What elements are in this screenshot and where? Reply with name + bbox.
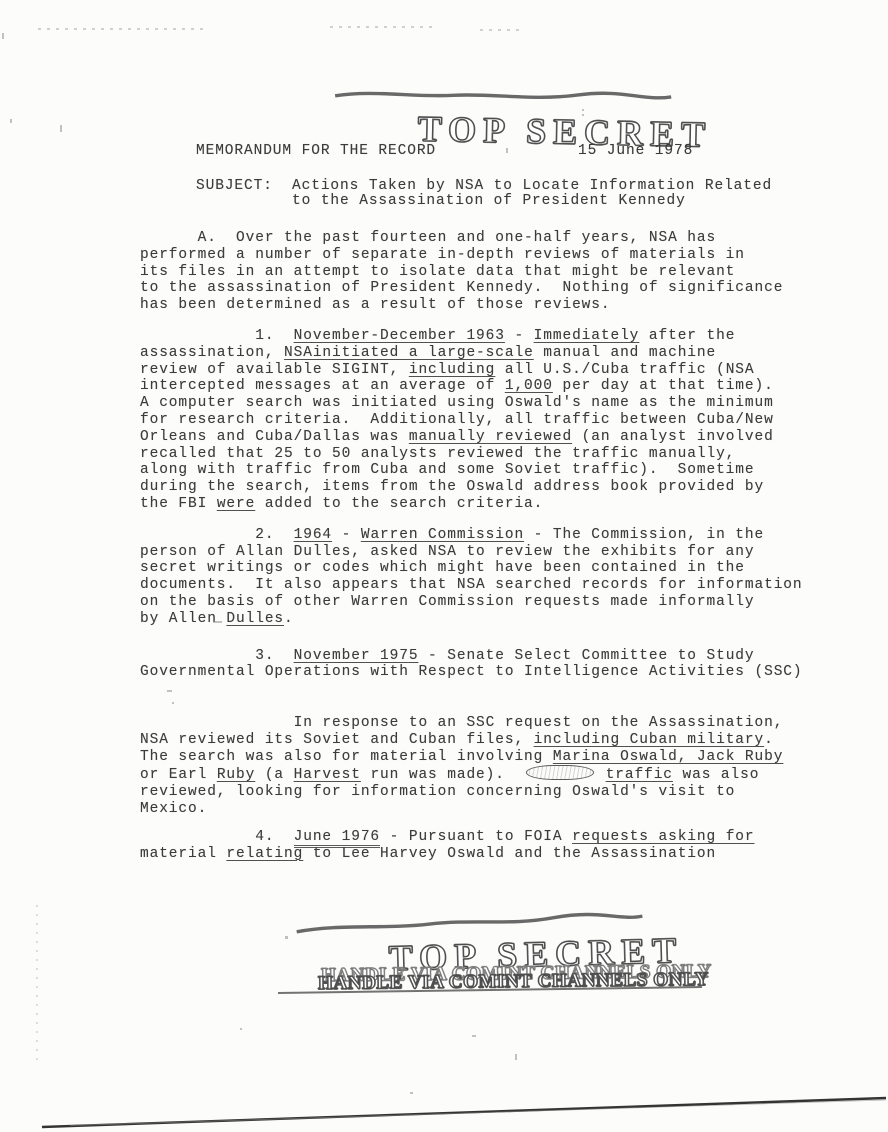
scan-speckle-row — [330, 26, 435, 28]
text-segment: was also — [673, 767, 759, 783]
underlined-text: Warren Commission — [361, 527, 524, 543]
text-segment: - Senate Select Committee to Study — [418, 648, 754, 664]
scan-speckle — [515, 1054, 517, 1060]
paragraph: 2. 1964 - Warren Commission - The Commis… — [140, 527, 860, 628]
underlined-text: relating — [226, 846, 303, 862]
text-segment: (a — [255, 767, 293, 783]
underlined-text: including — [409, 362, 495, 378]
text-segment: after the — [639, 328, 735, 344]
underlined-text: 1,000 — [505, 378, 553, 394]
text-line: assassination, NSAinitiated a large-scal… — [140, 345, 860, 362]
text-segment: . — [764, 732, 774, 748]
text-line: secret writings or codes which might hav… — [140, 560, 860, 577]
text-segment: In response to an SSC request on the Ass… — [140, 715, 783, 731]
scan-speckle — [2, 33, 4, 39]
text-line — [140, 681, 860, 698]
text-line: to the assassination of President Kenned… — [140, 280, 860, 297]
text-line: 1. November-December 1963 - Immediately … — [140, 328, 860, 345]
underlined-text: requests asking for — [572, 829, 754, 845]
text-segment: NSA reviewed its Soviet and Cuban files, — [140, 732, 534, 748]
text-line: Governmental Operations with Respect to … — [140, 664, 860, 681]
text-segment: Governmental Operations with Respect to … — [140, 664, 803, 680]
text-segment: assassination, — [140, 345, 284, 361]
redaction-oval — [526, 765, 594, 780]
text-segment: its files in an attempt to isolate data … — [140, 264, 735, 280]
paragraph: 1. November-December 1963 - Immediately … — [140, 328, 860, 513]
memo-date: 15 June 1978 — [578, 143, 693, 160]
text-segment: reviewed, looking for information concer… — [140, 784, 735, 800]
text-segment: manual and machine — [534, 345, 716, 361]
text-segment: . — [284, 611, 294, 627]
underlined-text: manually reviewed — [409, 429, 572, 445]
text-line: In response to an SSC request on the Ass… — [140, 715, 860, 732]
text-line: documents. It also appears that NSA sear… — [140, 577, 860, 594]
text-segment: to the assassination of President Kenned… — [140, 280, 783, 296]
text-segment: 4. — [140, 829, 294, 845]
scan-speckle — [472, 1035, 476, 1037]
text-segment: or Earl — [140, 767, 217, 783]
underlined-text: Immediately — [534, 328, 640, 344]
text-segment: for research criteria. Additionally, all… — [140, 412, 774, 428]
underlined-text: Ruby — [217, 767, 255, 783]
text-line: The search was also for material involvi… — [140, 749, 860, 766]
text-segment: recalled that 25 to 50 analysts reviewed… — [140, 446, 735, 462]
text-line: recalled that 25 to 50 analysts reviewed… — [140, 446, 860, 463]
text-segment: on the basis of other Warren Commission … — [140, 594, 755, 610]
memo-title: MEMORANDUM FOR THE RECORD — [196, 143, 436, 160]
scan-speckle — [60, 125, 62, 132]
underlined-text: were — [217, 496, 255, 512]
text-line: during the search, items from the Oswald… — [140, 479, 860, 496]
text-line: the FBI were added to the search criteri… — [140, 496, 860, 513]
text-line: performed a number of separate in-depth … — [140, 247, 860, 264]
paragraph: 4. June 1976 - Pursuant to FOIA requests… — [140, 829, 860, 863]
text-segment: along with traffic from Cuba and some So… — [140, 462, 755, 478]
paragraph: 3. November 1975 - Senate Select Committ… — [140, 648, 860, 698]
text-line: Orleans and Cuba/Dallas was manually rev… — [140, 429, 860, 446]
text-segment: secret writings or codes which might hav… — [140, 560, 745, 576]
text-segment: run was made). — [361, 767, 524, 783]
text-line: material relating to Lee Harvey Oswald a… — [140, 846, 860, 863]
scan-speckle — [213, 621, 222, 623]
text-segment: added to the search criteria. — [255, 496, 543, 512]
text-segment: Orleans and Cuba/Dallas was — [140, 429, 409, 445]
text-line: by Allen Dulles. — [140, 611, 860, 628]
scan-speckle — [506, 148, 508, 153]
text-segment: to Lee Harvey Oswald and the Assassinati… — [303, 846, 716, 862]
scan-speckle — [172, 702, 174, 704]
scan-speckle — [167, 690, 172, 692]
text-segment: A computer search was initiated using Os… — [140, 395, 774, 411]
text-line: intercepted messages at an average of 1,… — [140, 378, 860, 395]
text-line: or Earl Ruby (a Harvest run was made). t… — [140, 765, 860, 784]
text-line: reviewed, looking for information concer… — [140, 784, 860, 801]
underlined-text: including Cuban military — [534, 732, 764, 748]
underlined-text: Marina Oswald, Jack Ruby — [553, 749, 783, 765]
text-line: 2. 1964 - Warren Commission - The Commis… — [140, 527, 860, 544]
scan-speckle-trail — [36, 905, 38, 1060]
text-segment: during the search, items from the Oswald… — [140, 479, 764, 495]
scan-speckle — [582, 109, 584, 111]
underlined-text: traffic — [606, 767, 673, 783]
text-segment: (an analyst involved — [572, 429, 774, 445]
underlined-text: Harvest — [294, 767, 361, 783]
text-segment: per day at that time). — [553, 378, 774, 394]
text-line: 4. June 1976 - Pursuant to FOIA requests… — [140, 829, 860, 846]
underlined-text: November 1975 — [294, 648, 419, 664]
text-line: on the basis of other Warren Commission … — [140, 594, 860, 611]
text-segment: all U.S./Cuba traffic (NSA — [495, 362, 754, 378]
scan-speckle-row — [480, 29, 525, 31]
text-segment: has been determined as a result of those… — [140, 297, 610, 313]
text-segment: person of Allan Dulles, asked NSA to rev… — [140, 544, 755, 560]
text-line: person of Allan Dulles, asked NSA to rev… — [140, 544, 860, 561]
text-line: A. Over the past fourteen and one-half y… — [140, 230, 860, 247]
text-segment: the FBI — [140, 496, 217, 512]
text-segment: Mexico. — [140, 801, 207, 817]
scan-speckle — [410, 1092, 413, 1094]
scan-speckle — [285, 936, 288, 939]
text-line: has been determined as a result of those… — [140, 297, 860, 314]
underlined-text: Dulles — [226, 611, 284, 627]
text-segment — [596, 767, 606, 783]
paragraph: A. Over the past fourteen and one-half y… — [140, 230, 860, 314]
text-segment: - Pursuant to FOIA — [380, 829, 572, 845]
text-segment: A. Over the past fourteen and one-half y… — [140, 230, 716, 246]
text-segment: performed a number of separate in-depth … — [140, 247, 745, 263]
paragraph: In response to an SSC request on the Ass… — [140, 715, 860, 818]
text-segment: The search was also for material involvi… — [140, 749, 553, 765]
text-line: for research criteria. Additionally, all… — [140, 412, 860, 429]
text-segment: material — [140, 846, 226, 862]
text-line: NSA reviewed its Soviet and Cuban files,… — [140, 732, 860, 749]
text-segment: by Allen — [140, 611, 226, 627]
text-segment: 1. — [140, 328, 294, 344]
scanned-memo-page: TOP SECRET MEMORANDUM FOR THE RECORD 15 … — [0, 0, 888, 1132]
text-line: along with traffic from Cuba and some So… — [140, 462, 860, 479]
scan-speckle-row — [38, 28, 203, 30]
text-segment: review of available SIGINT, — [140, 362, 409, 378]
text-segment: 3. — [140, 648, 294, 664]
text-segment: documents. It also appears that NSA sear… — [140, 577, 803, 593]
text-segment: intercepted messages at an average of — [140, 378, 505, 394]
underlined-text: NSAinitiated a large-scale — [284, 345, 534, 361]
text-segment: - — [505, 328, 534, 344]
text-line: Mexico. — [140, 801, 860, 818]
text-line: 3. November 1975 - Senate Select Committ… — [140, 648, 860, 665]
text-line: review of available SIGINT, including al… — [140, 362, 860, 379]
scan-speckle — [582, 114, 584, 116]
text-segment: 2. — [140, 527, 294, 543]
memo-body: A. Over the past fourteen and one-half y… — [140, 230, 860, 862]
scan-speckle — [240, 1028, 242, 1030]
underlined-text: November-December 1963 — [294, 328, 505, 344]
scan-speckle — [10, 119, 12, 123]
text-line: its files in an attempt to isolate data … — [140, 264, 860, 281]
text-segment: - The Commission, in the — [524, 527, 764, 543]
underlined-text: 1964 — [294, 527, 332, 543]
text-segment: - — [332, 527, 361, 543]
subject-line-2: to the Assassination of President Kenned… — [196, 193, 686, 210]
text-line: A computer search was initiated using Os… — [140, 395, 860, 412]
